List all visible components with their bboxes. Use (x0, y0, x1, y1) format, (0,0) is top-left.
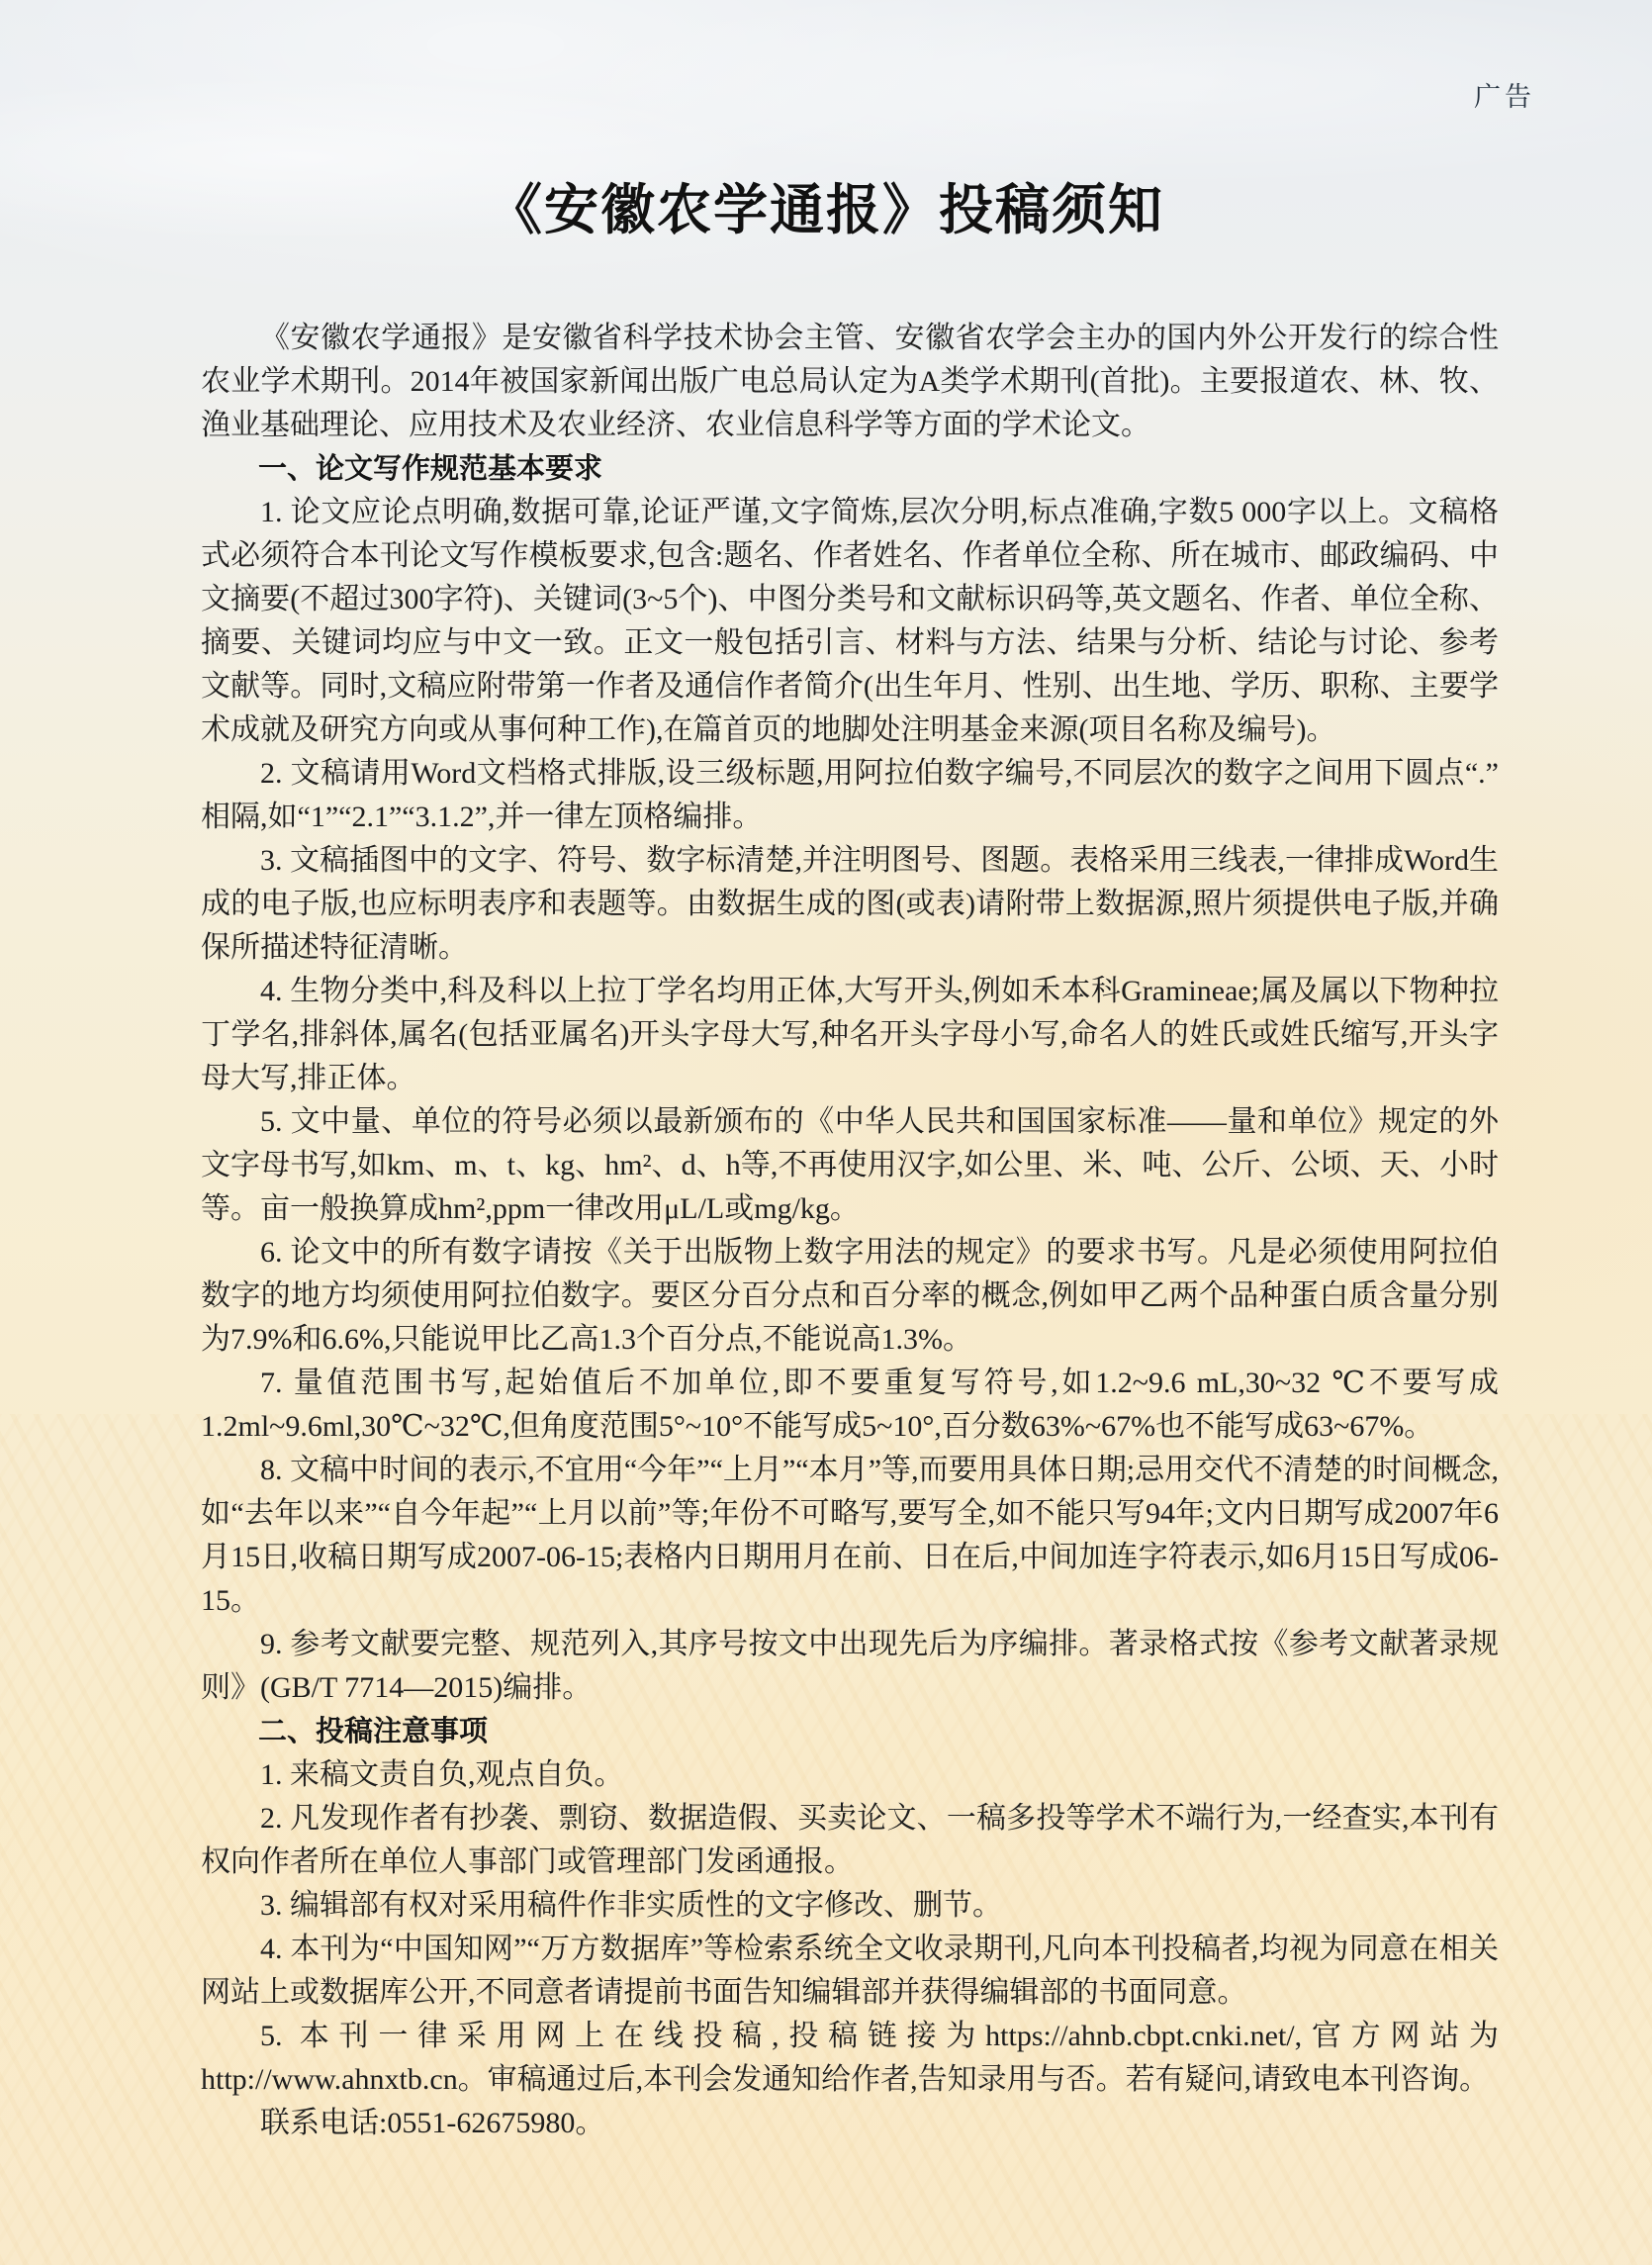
section-2-item-5: 5. 本刊一律采用网上在线投稿,投稿链接为https://ahnb.cbpt.c… (201, 2015, 1499, 2102)
section-1-item-5: 5. 文中量、单位的符号必须以最新颁布的《中华人民共和国国家标准——量和单位》规… (201, 1100, 1499, 1231)
section-1-heading: 一、论文写作规范基本要求 (201, 447, 1499, 491)
page-title: 《安徽农学通报》投稿须知 (0, 166, 1652, 244)
section-2-item-3: 3. 编辑部有权对采用稿件作非实质性的文字修改、删节。 (201, 1884, 1499, 1928)
journal-notice-page: 广告 《安徽农学通报》投稿须知 《安徽农学通报》是安徽省科学技术协会主管、安徽省… (0, 0, 1652, 2265)
section-1-item-7: 7. 量值范围书写,起始值后不加单位,即不要重复写符号,如1.2~9.6 mL,… (201, 1362, 1499, 1449)
section-2-item-1: 1. 来稿文责自负,观点自负。 (201, 1753, 1499, 1797)
section-1-item-4: 4. 生物分类中,科及科以上拉丁学名均用正体,大写开头,例如禾本科Gramine… (201, 970, 1499, 1100)
section-1-item-6: 6. 论文中的所有数字请按《关于出版物上数字用法的规定》的要求书写。凡是必须使用… (201, 1231, 1499, 1362)
section-1-item-9: 9. 参考文献要完整、规范列入,其序号按文中出现先后为序编排。著录格式按《参考文… (201, 1623, 1499, 1710)
intro-paragraph: 《安徽农学通报》是安徽省科学技术协会主管、安徽省农学会主办的国内外公开发行的综合… (201, 317, 1499, 447)
section-1-item-1: 1. 论文应论点明确,数据可靠,论证严谨,文字简炼,层次分明,标点准确,字数5 … (201, 491, 1499, 752)
section-2-heading: 二、投稿注意事项 (201, 1710, 1499, 1753)
section-2-item-4: 4. 本刊为“中国知网”“万方数据库”等检索系统全文收录期刊,凡向本刊投稿者,均… (201, 1928, 1499, 2015)
notice-body: 《安徽农学通报》是安徽省科学技术协会主管、安徽省农学会主办的国内外公开发行的综合… (201, 317, 1499, 2145)
contact-phone-line: 联系电话:0551-62675980。 (201, 2102, 1499, 2145)
section-2-item-2: 2. 凡发现作者有抄袭、剽窃、数据造假、买卖论文、一稿多投等学术不端行为,一经查… (201, 1797, 1499, 1884)
section-1-item-2: 2. 文稿请用Word文档格式排版,设三级标题,用阿拉伯数字编号,不同层次的数字… (201, 752, 1499, 839)
section-1-item-8: 8. 文稿中时间的表示,不宜用“今年”“上月”“本月”等,而要用具体日期;忌用交… (201, 1449, 1499, 1623)
section-1-item-3: 3. 文稿插图中的文字、符号、数字标清楚,并注明图号、图题。表格采用三线表,一律… (201, 839, 1499, 970)
ad-label: 广告 (1474, 75, 1535, 114)
